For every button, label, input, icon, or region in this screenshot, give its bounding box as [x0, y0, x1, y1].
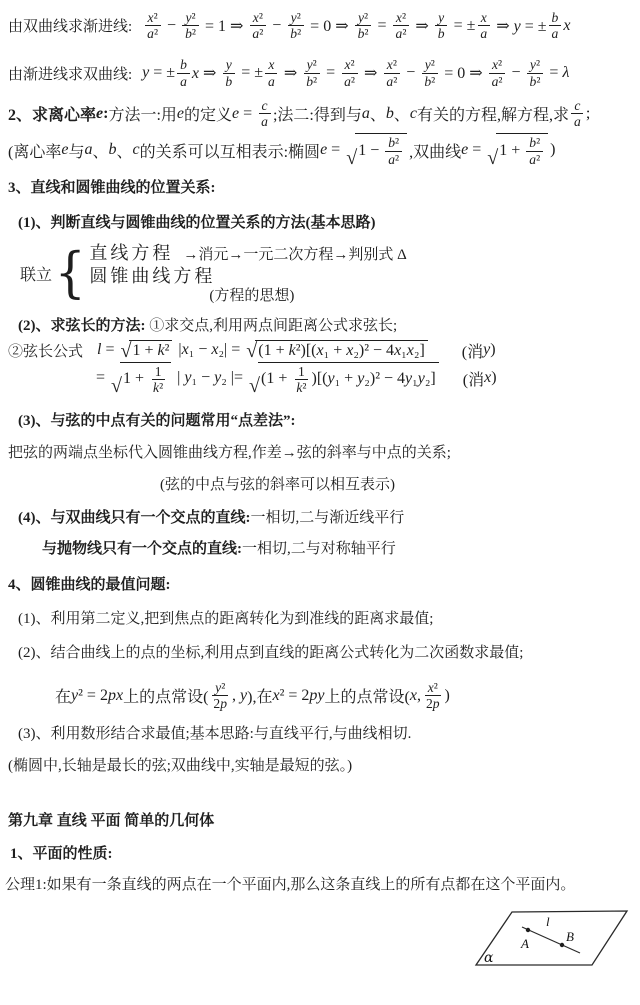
section-4-heading: 4、圆锥曲线的最值问题: [8, 575, 640, 595]
chord-length-formula-y: = √1 + 1k² | y₁ − y₂ |= √(1 + 1k²)[(y₁ +… [96, 362, 441, 395]
simultaneous-system-block: 联立 { 直线方程 →消元→一元二次方程→判别式 Δ 圆锥曲线方程 (方程的思想… [20, 243, 640, 305]
chord-length-formula-line-2: = √1 + 1k² | y₁ − y₂ |= √(1 + 1k²)[(y₁ +… [96, 362, 640, 395]
document-page: 由双曲线求渐进线: x²a² − y²b² = 1 ⇒ x²a² − y²b² … [0, 0, 640, 1005]
label-A: A [520, 936, 529, 951]
eccentricity-relation-formula: (离心率e与a、b、c的关系可以互相表示:椭圆e = √1 − b²a²,双曲线… [8, 133, 555, 166]
section-3-2-row: (2)、求弦长的方法: ①求交点,利用两点间距离公式求弦长; [18, 316, 640, 336]
parabola-point-setting-formula: 在y² = 2px上的点常设(y²2p, y),在x² = 2py上的点常设(x… [55, 680, 640, 711]
eliminate-x-note: (消x) [463, 367, 497, 390]
parabola-point-formula: 在y² = 2px上的点常设(y²2p, y),在x² = 2py上的点常设(x… [55, 680, 450, 711]
label-alpha: α [484, 950, 494, 966]
section-3-4-hyperbola-row: (4)、与双曲线只有一个交点的直线:一相切,二与渐近线平行 [18, 508, 640, 528]
asymptote-derivation-formula: x²a² − y²b² = 1 ⇒ x²a² − y²b² = 0 ⇒ y²b²… [142, 10, 570, 41]
hyperbola-derivation-formula: y = ±bax ⇒ yb = ±xa ⇒ y²b² = x²a² ⇒ x²a²… [142, 57, 569, 88]
brace-glyph: { [55, 249, 86, 298]
section-4-1-text: (1)、利用第二定义,把到焦点的距离转化为到准线的距离求最值; [18, 609, 640, 629]
section-3-1-subheading: (1)、判断直线与圆锥曲线的位置关系的方法(基本思路) [18, 213, 640, 233]
system-equations-column: 直线方程 →消元→一元二次方程→判别式 Δ 圆锥曲线方程 (方程的思想) [89, 243, 406, 305]
parabola-one-intersection-row: 与抛物线只有一个交点的直线:一相切,二与对称轴平行 [42, 539, 640, 559]
section-4-3-text: (3)、利用数形结合求最值;基本思路:与直线平行,与曲线相切. [18, 724, 640, 744]
chord-formula-label: ②弦长公式 [8, 340, 83, 361]
asymptote-from-hyperbola-row: 由双曲线求渐进线: x²a² − y²b² = 1 ⇒ x²a² − y²b² … [8, 10, 640, 41]
point-difference-method-text: 把弦的两端点坐标代入圆锥曲线方程,作差→弦的斜率与中点的关系; [8, 443, 640, 463]
chord-midpoint-slope-note: (弦的中点与弦的斜率可以相互表示) [160, 475, 640, 495]
eccentricity-heading: 2、求离心率e: [8, 102, 108, 125]
line-equation-text: 直线方程 [89, 243, 173, 264]
plane-properties-heading: 1、平面的性质: [10, 844, 640, 864]
chord-method-1-text: ①求交点,利用两点间距离公式求弦长; [146, 318, 398, 334]
point-A [526, 928, 530, 932]
elimination-flow-text: →消元→一元二次方程→判别式 Δ [183, 245, 406, 266]
plane-diagram: A l B α [460, 904, 636, 974]
parabola-one-intersection-text: 一相切,二与对称轴平行 [242, 541, 396, 557]
chapter-9-heading: 第九章 直线 平面 简单的几何体 [8, 811, 640, 831]
section-3-2-subheading: (2)、求弦长的方法: [18, 318, 146, 334]
axis-chord-note: (椭圆中,长轴是最长的弦;双曲线中,实轴是最短的弦。) [8, 756, 640, 776]
section-4-2-text: (2)、结合曲线上的点的坐标,利用点到直线的距离公式转化为二次函数求最值; [18, 643, 640, 663]
section-3-3-subheading: (3)、与弦的中点有关的问题常用“点差法”: [18, 411, 640, 431]
hyperbola-one-intersection-text: 一相切,二与渐近线平行 [251, 510, 405, 526]
row-label: 由双曲线求渐进线: [8, 15, 132, 36]
point-B [560, 943, 564, 947]
axiom-1-text: 公理1:如果有一条直线的两点在一个平面内,那么这条直线上的所有点都在这个平面内。 [5, 875, 640, 895]
hyperbola-one-intersection-heading: (4)、与双曲线只有一个交点的直线: [18, 510, 251, 526]
parabola-one-intersection-heading: 与抛物线只有一个交点的直线: [42, 541, 242, 557]
eccentricity-methods-text: 方法一:用e的定义e = ca;法二:得到与a、b、c有关的方程,解方程,求ca… [108, 98, 590, 129]
chord-length-formula-x: l = √1 + k² |x₁ − x₂| = √(1 + k²)[(x₁ + … [97, 340, 430, 360]
conic-equation-text: 圆锥曲线方程 [89, 266, 215, 287]
equation-idea-note: (方程的思想) [209, 287, 406, 305]
section-3-heading: 3、直线和圆锥曲线的位置关系: [8, 178, 640, 198]
row-label: 由渐进线求双曲线: [8, 63, 132, 84]
lianli-label: 联立 [20, 262, 52, 285]
eccentricity-relation-note: (离心率e与a、b、c的关系可以互相表示:椭圆e = √1 − b²a²,双曲线… [8, 133, 640, 166]
eccentricity-method-row: 2、求离心率e: 方法一:用e的定义e = ca;法二:得到与a、b、c有关的方… [8, 98, 640, 129]
chord-length-formula-line-1: ②弦长公式 l = √1 + k² |x₁ − x₂| = √(1 + k²)[… [8, 339, 640, 362]
label-l: l [546, 914, 550, 929]
plane-outline [476, 911, 627, 965]
eliminate-y-note: (消y) [462, 339, 496, 362]
hyperbola-from-asymptote-row: 由渐进线求双曲线: y = ±bax ⇒ yb = ±xa ⇒ y²b² = x… [8, 57, 640, 88]
label-B: B [566, 929, 574, 944]
